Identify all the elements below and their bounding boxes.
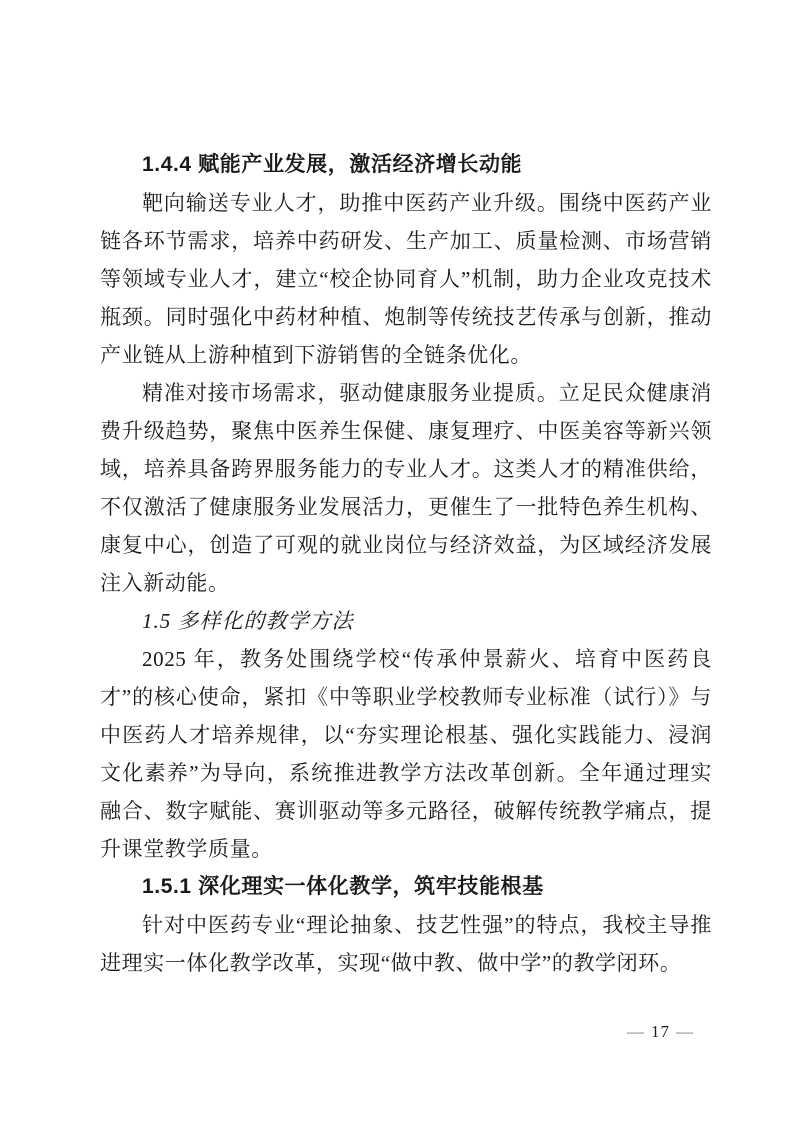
document-body: 1.4.4 赋能产业发展，激活经济增长动能 靶向输送专业人才，助推中医药产业升级… <box>100 146 712 982</box>
page-number-footer: —17— <box>621 1020 700 1044</box>
paragraph-teaching-reform: 2025 年，教务处围绕学校“传承仲景薪火、培育中医药良才”的核心使命，紧扣《中… <box>100 640 712 868</box>
footer-dash-right: — <box>670 1022 700 1041</box>
section-heading-1-5-1: 1.5.1 深化理实一体化教学，筑牢技能根基 <box>100 868 712 906</box>
paragraph-health-service: 精准对接市场需求，驱动健康服务业提质。立足民众健康消费升级趋势，聚焦中医养生保健… <box>100 374 712 602</box>
section-heading-1-5: 1.5 多样化的教学方法 <box>100 602 712 640</box>
document-page: 1.4.4 赋能产业发展，激活经济增长动能 靶向输送专业人才，助推中医药产业升级… <box>0 0 800 1131</box>
footer-page-number: 17 <box>651 1022 670 1041</box>
footer-dash-left: — <box>621 1022 651 1041</box>
paragraph-integrated-teaching: 针对中医药专业“理论抽象、技艺性强”的特点，我校主导推进理实一体化教学改革，实现… <box>100 906 712 982</box>
paragraph-industry-talent: 靶向输送专业人才，助推中医药产业升级。围绕中医药产业链各环节需求，培养中药研发、… <box>100 184 712 374</box>
section-heading-1-4-4: 1.4.4 赋能产业发展，激活经济增长动能 <box>100 146 712 184</box>
